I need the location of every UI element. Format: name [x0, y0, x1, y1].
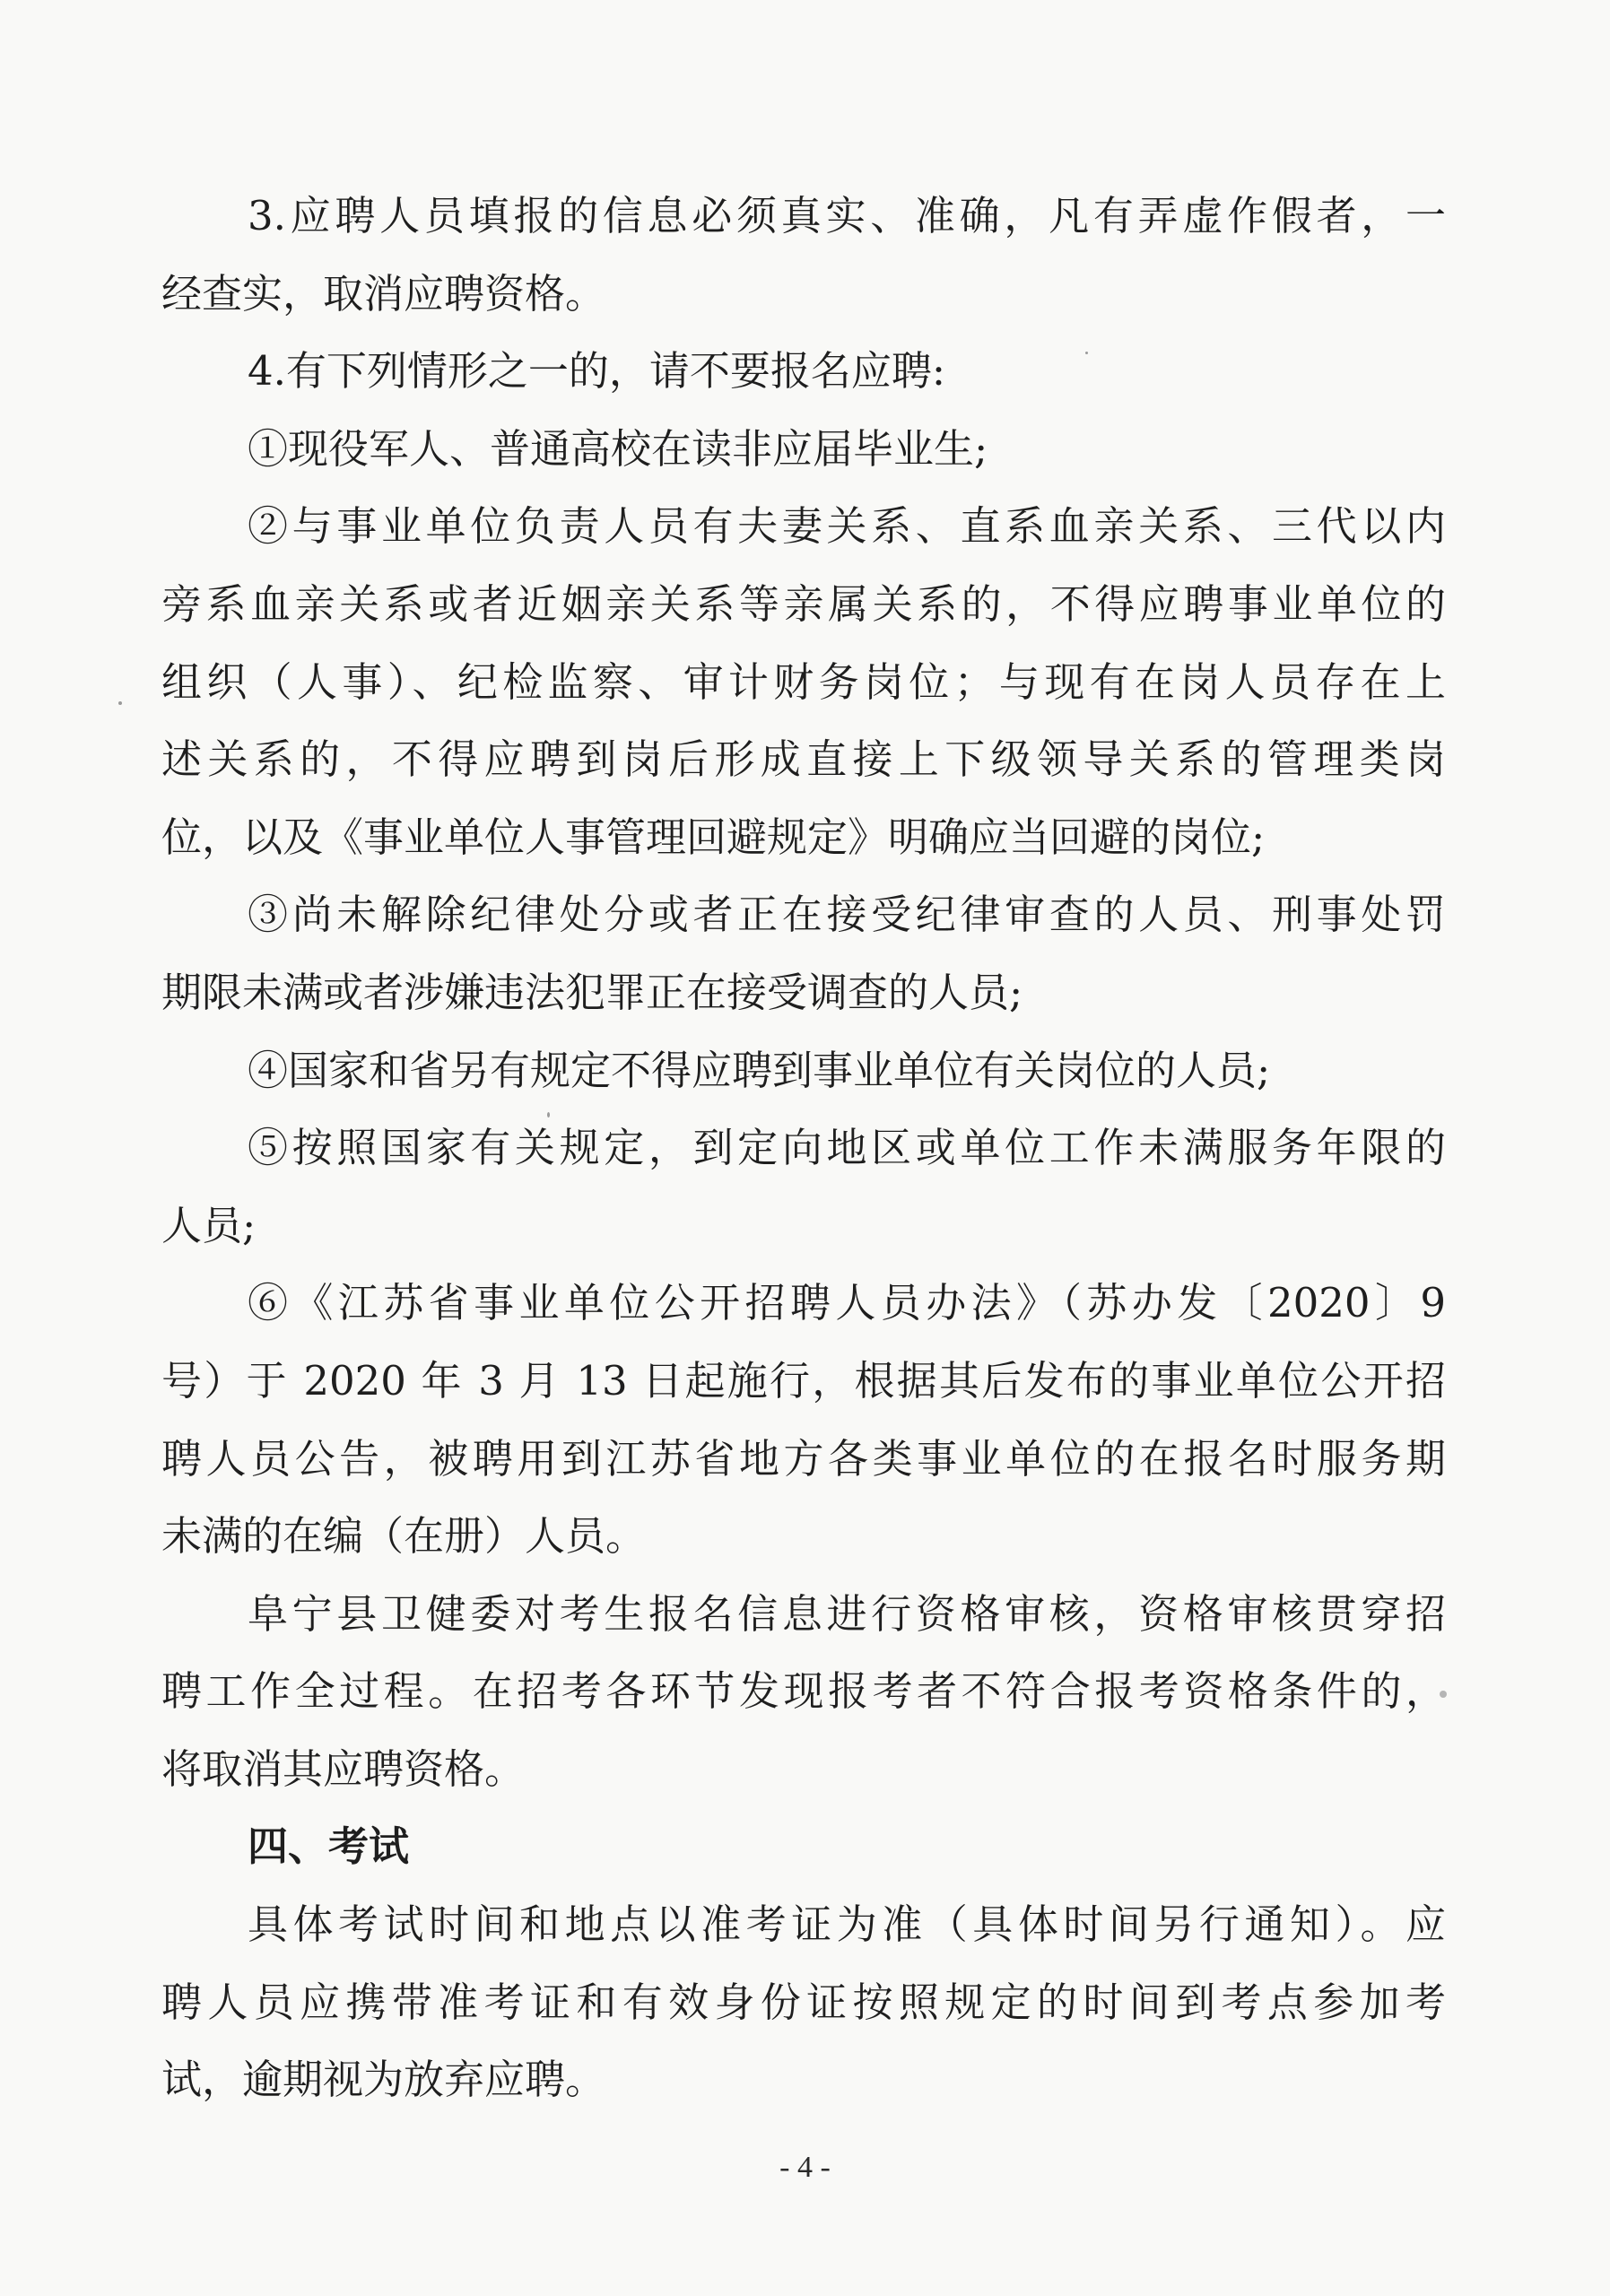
scan-speck — [1085, 352, 1088, 354]
text-line: 试，逾期视为放弃应聘。 — [161, 2041, 1446, 2119]
paragraph-item-4-2: ②与事业单位负责人员有夫妻关系、直系血亲关系、三代以内 旁系血亲关系或者近姻亲关… — [161, 488, 1446, 876]
text-line: 阜宁县卫健委对考生报名信息进行资格审核，资格审核贯穿招 — [161, 1576, 1446, 1654]
text-line: 聘工作全过程。在招考各环节发现报考者不符合报考资格条件的， — [161, 1653, 1446, 1731]
scan-speck — [547, 1112, 550, 1118]
text-line: 组织（人事）、纪检监察、审计财务岗位；与现有在岗人员存在上 — [161, 644, 1446, 722]
page-number: - 4 - — [0, 2151, 1610, 2185]
text-line: 聘人员公告，被聘用到江苏省地方各类事业单位的在报名时服务期 — [161, 1421, 1446, 1499]
text-line: ①现役军人、普通高校在读非应届毕业生; — [161, 411, 1446, 489]
scan-speck — [118, 701, 122, 705]
text-line: 经查实，取消应聘资格。 — [161, 256, 1446, 334]
text-line: ⑥《江苏省事业单位公开招聘人员办法》（苏办发〔2020〕9 — [161, 1265, 1446, 1343]
scan-speck — [1440, 1691, 1447, 1698]
text-line: ⑤按照国家有关规定，到定向地区或单位工作未满服务年限的 — [161, 1109, 1446, 1187]
paragraph-item-4: 4.有下列情形之一的，请不要报名应聘: — [161, 333, 1446, 411]
text-line: ③尚未解除纪律处分或者正在接受纪律审查的人员、刑事处罚 — [161, 876, 1446, 954]
section-heading-exam: 四、考试 — [161, 1808, 1446, 1886]
paragraph-exam: 具体考试时间和地点以准考证为准（具体时间另行通知）。应 聘人员应携带准考证和有效… — [161, 1886, 1446, 2119]
text-line: 人员; — [161, 1187, 1446, 1265]
text-line: 旁系血亲关系或者近姻亲关系等亲属关系的，不得应聘事业单位的 — [161, 566, 1446, 644]
text-line: 3.应聘人员填报的信息必须真实、准确，凡有弄虚作假者，一 — [161, 178, 1446, 256]
paragraph-item-3: 3.应聘人员填报的信息必须真实、准确，凡有弄虚作假者，一 经查实，取消应聘资格。 — [161, 178, 1446, 333]
text-line: 聘人员应携带准考证和有效身份证按照规定的时间到考点参加考 — [161, 1964, 1446, 2042]
paragraph-item-4-4: ④国家和省另有规定不得应聘到事业单位有关岗位的人员; — [161, 1032, 1446, 1110]
text-line: 具体考试时间和地点以准考证为准（具体时间另行通知）。应 — [161, 1886, 1446, 1964]
paragraph-item-4-1: ①现役军人、普通高校在读非应届毕业生; — [161, 411, 1446, 489]
text-line: 将取消其应聘资格。 — [161, 1731, 1446, 1809]
text-line: 期限未满或者涉嫌违法犯罪正在接受调查的人员; — [161, 954, 1446, 1032]
text-line: ②与事业单位负责人员有夫妻关系、直系血亲关系、三代以内 — [161, 488, 1446, 566]
text-line: 4.有下列情形之一的，请不要报名应聘: — [161, 333, 1446, 411]
document-page: 3.应聘人员填报的信息必须真实、准确，凡有弄虚作假者，一 经查实，取消应聘资格。… — [161, 178, 1446, 2119]
paragraph-item-4-5: ⑤按照国家有关规定，到定向地区或单位工作未满服务年限的 人员; — [161, 1109, 1446, 1265]
text-line: 位，以及《事业单位人事管理回避规定》明确应当回避的岗位; — [161, 799, 1446, 877]
text-line: 号）于 2020 年 3 月 13 日起施行，根据其后发布的事业单位公开招 — [161, 1343, 1446, 1421]
paragraph-qualification-review: 阜宁县卫健委对考生报名信息进行资格审核，资格审核贯穿招 聘工作全过程。在招考各环… — [161, 1576, 1446, 1809]
paragraph-item-4-3: ③尚未解除纪律处分或者正在接受纪律审查的人员、刑事处罚 期限未满或者涉嫌违法犯罪… — [161, 876, 1446, 1031]
text-line: ④国家和省另有规定不得应聘到事业单位有关岗位的人员; — [161, 1032, 1446, 1110]
paragraph-item-4-6: ⑥《江苏省事业单位公开招聘人员办法》（苏办发〔2020〕9 号）于 2020 年… — [161, 1265, 1446, 1575]
text-line: 述关系的，不得应聘到岗后形成直接上下级领导关系的管理类岗 — [161, 721, 1446, 799]
text-line: 未满的在编（在册）人员。 — [161, 1498, 1446, 1576]
